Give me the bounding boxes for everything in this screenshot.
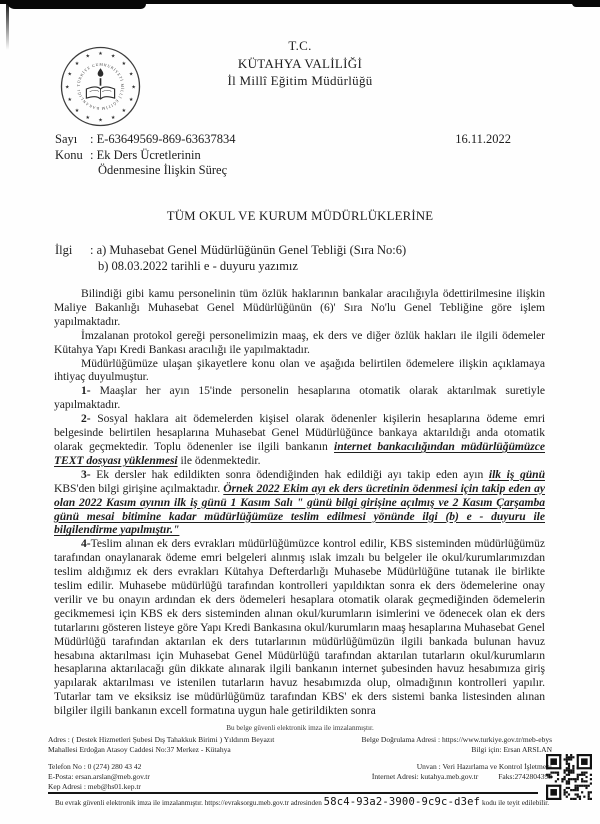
verification-suffix: kodu ile teyit edilebilir.	[480, 799, 549, 807]
footer-email: E-Posta: ersan.arslan@meb.gov.tr	[48, 772, 150, 781]
esign-note: Bu belge güvenli elektronik imza ile imz…	[0, 724, 600, 732]
footer-row: Mahallesi Erdoğan Atasoy Caddesi No:37 M…	[48, 745, 552, 754]
body-paragraph: 1- Maaşlar her ayın 15'inde personelin h…	[54, 384, 545, 412]
body-paragraph: Bilindiği gibi kamu personelinin tüm özl…	[54, 287, 545, 329]
letterhead-governorship: KÜTAHYA VALİLİĞİ	[0, 55, 600, 73]
reference-item-a: : a) Muhasebat Genel Müdürlüğünün Genel …	[90, 243, 406, 257]
svg-text:★: ★	[111, 115, 116, 121]
scan-edge-top-left	[6, 0, 146, 9]
doc-number-label: Sayı	[55, 132, 90, 148]
reference-item-b: b) 08.03.2022 tarihli e - duyuru yazımız	[55, 259, 406, 275]
footer-web: İnternet Adresi: kutahya.meb.gov.tr	[372, 772, 478, 781]
svg-text:★: ★	[75, 108, 80, 114]
svg-text:★: ★	[68, 97, 73, 103]
svg-text:★: ★	[98, 118, 103, 124]
svg-text:★: ★	[85, 115, 90, 121]
letterhead-directorate: İl Millî Eğitim Müdürlüğü	[0, 72, 600, 90]
footer-fax: Faks:2742804398	[498, 772, 552, 781]
reference-label: İlgi	[55, 243, 90, 259]
verification-prefix: Bu evrak güvenli elektronik imza ile imz…	[55, 799, 324, 807]
footer-info-for: Bilgi için: Ersan ARSLAN	[471, 745, 552, 754]
footer-title: Unvan : Veri Hazırlama ve Kontrol İşletm…	[417, 762, 552, 771]
footer-divider	[48, 792, 538, 794]
footer-kep: Kep Adresi : meb@hs01.kep.tr	[48, 782, 141, 791]
svg-text:★: ★	[122, 108, 127, 114]
body-paragraph: İmzalanan protokol gereği personelimizin…	[54, 329, 545, 357]
body-paragraph: 4-Teslim alınan ek ders evrakları müdürl…	[54, 537, 545, 718]
doc-meta: Sayı: E-63649569-869-63637834 16.11.2022…	[55, 132, 544, 179]
footer-address-line1: Adres : ( Destek Hizmetleri Şubesi Dış T…	[48, 735, 274, 744]
subject-label: Konu	[55, 148, 90, 164]
scan-edge-top-right	[572, 0, 600, 7]
reference-block: İlgi: a) Muhasebat Genel Müdürlüğünün Ge…	[55, 243, 406, 274]
svg-text:★: ★	[129, 97, 134, 103]
footer-phone: Telefon No : 0 (274) 280 43 42	[48, 762, 141, 771]
letterhead: T.C. KÜTAHYA VALİLİĞİ İl Millî Eğitim Mü…	[0, 37, 600, 90]
footer-row: Telefon No : 0 (274) 280 43 42 Unvan : V…	[48, 762, 552, 771]
body-paragraph: 2- Sosyal haklara ait ödemelerden kişise…	[54, 412, 545, 468]
doc-date: 16.11.2022	[455, 132, 511, 148]
body-paragraph: Müdürlüğümüze ulaşan şikayetlere konu ol…	[54, 357, 545, 385]
body-paragraph: 3- Ek dersler hak edildikten sonra ödend…	[54, 468, 545, 538]
scanned-letter-page: ★★★★★★★★★★★★★★★★ TÜRKİYE CUMHURİYETİ MİL…	[0, 0, 600, 824]
subject-value-line2: Ödenmesine İlişkin Süreç	[55, 163, 544, 179]
verification-code: 58c4-93a2-3900-9c9c-d3ef	[324, 796, 481, 808]
subject-value-line1: : Ek Ders Ücretlerinin	[90, 148, 201, 162]
verification-line: Bu evrak güvenli elektronik imza ile imz…	[55, 796, 538, 809]
footer-row: Kep Adresi : meb@hs01.kep.tr	[48, 782, 552, 791]
letterhead-tc: T.C.	[0, 37, 600, 55]
doc-number-value: : E-63649569-869-63637834	[90, 132, 235, 146]
footer-address-line2: Mahallesi Erdoğan Atasoy Caddesi No:37 M…	[48, 745, 231, 754]
qr-code	[546, 754, 592, 800]
footer-row: Adres : ( Destek Hizmetleri Şubesi Dış T…	[48, 735, 552, 744]
recipient-line: TÜM OKUL VE KURUM MÜDÜRLÜKLERİNE	[0, 209, 600, 224]
footer-verify-address: Belge Doğrulama Adresi : https://www.tur…	[362, 735, 552, 744]
footer-row: E-Posta: ersan.arslan@meb.gov.tr İnterne…	[48, 772, 552, 781]
letter-body: Bilindiği gibi kamu personelinin tüm özl…	[54, 287, 545, 718]
